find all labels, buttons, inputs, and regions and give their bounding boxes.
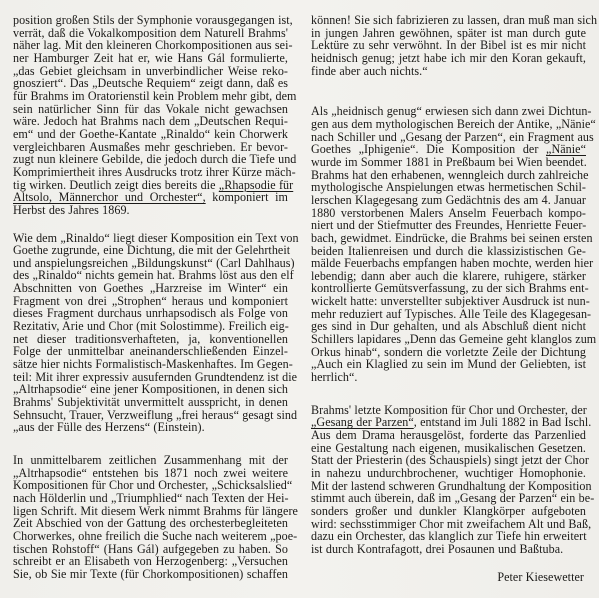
text-line: finde aber auch nichts.“ [311, 65, 586, 78]
text-line: Goethe zugrunde, eine Dichtung, die mit … [13, 244, 288, 257]
text-line: sonders großer und dunkler Klangkörper a… [311, 505, 586, 518]
right-column: können! Sie sich fabrizieren zu lassen, … [311, 14, 586, 583]
text-line: nach Hölderlin und „Triumphlied“ nach Te… [13, 492, 288, 505]
paragraph-gap [13, 434, 288, 454]
text-line: können! Sie sich fabrizieren zu lassen, … [311, 14, 586, 27]
paragraph-symphony-vocal: position großen Stils der Symphonie vora… [13, 14, 288, 217]
text-line: wäre. Jedoch hat Brahms nach dem „Deutsc… [13, 115, 288, 128]
text-line: wickelt hatte: unverstellter subjektiver… [311, 295, 586, 308]
text-line: für Brahms im Oratorienstil kein Problem… [13, 90, 288, 103]
text-line: em“ und der Goethe-Kantate „Rinaldo“ kei… [13, 128, 288, 141]
paragraph-letter-quote: können! Sie sich fabrizieren zu lassen, … [311, 14, 586, 77]
left-column: position großen Stils der Symphonie vora… [13, 14, 288, 581]
text-line: schreibt er an Elisabeth von Herzogenber… [13, 555, 288, 568]
text-line: zugt nun kleinere Gebilde, die jedoch du… [13, 153, 288, 166]
text-line: Aus dem Drama herausgelöst, forderte das… [311, 429, 586, 442]
text-fragment: komponiert im [206, 190, 288, 204]
text-line: Brahms' Subjektivität unvermittelt aussp… [13, 396, 288, 409]
text-line: bach, gewidmet. Eindrücke, die Brahms be… [311, 232, 586, 245]
text-line: „aus der Fülle des Herzens“ (Einstein). [13, 421, 288, 434]
text-line: niert und der Stiefmutter des Freundes, … [311, 219, 586, 232]
text-line: mälde Feuerbachs empfangen haben mochte,… [311, 257, 586, 270]
text-line: Rezitativ, Arie und Chor (mit Solostimme… [13, 320, 288, 333]
text-line: Herbst des Jahres 1869. [13, 204, 288, 217]
text-line: in nahezu undurchbrochener, wuchtiger Ho… [311, 467, 586, 480]
text-line: position großen Stils der Symphonie vora… [13, 14, 288, 27]
text-line: wurde im Sommer 1881 in Preßbaum bei Wie… [311, 156, 586, 169]
text-line: gen aus dem mythologischen Bereich der A… [311, 118, 586, 131]
paragraph-gap [311, 384, 586, 404]
paragraph-schicksalslied: In unmittelbarem zeitlichen Zusammenhang… [13, 454, 288, 581]
text-line: lerschen Klagegesang zum Gedächtnis des … [311, 194, 586, 207]
paragraph-gesang-der-parzen: Brahms' letzte Komposition für Chor und … [311, 404, 586, 556]
text-line: mythologische Anspielungen etwas hermeti… [311, 181, 586, 194]
paragraph-gap [311, 77, 586, 105]
text-line: Altsolo, Männerchor und Orchester“, komp… [13, 191, 288, 204]
paragraph-naenie: Als „heidnisch genug“ erwiesen sich dann… [311, 105, 586, 383]
text-line: herrlich“. [311, 371, 586, 384]
text-line: sätze hier nichts Formalistisch-Maskenha… [13, 358, 288, 371]
document-page: position großen Stils der Symphonie vora… [0, 0, 599, 598]
text-line: ist durch Kontrafagott, drei Posaunen un… [311, 543, 586, 556]
text-line: Goethes „Iphigenie“. Die Komposition der… [311, 143, 586, 156]
paragraph-altrhapsodie: Wie dem „Rinaldo“ liegt dieser Kompositi… [13, 232, 288, 435]
author-signature: Peter Kiesewetter [311, 571, 586, 584]
text-line: heidnisch genug; jetzt habe ich mir den … [311, 52, 586, 65]
text-line: Schillers lapidares „Denn das Gemeine ge… [311, 333, 586, 346]
text-line: ner Hamburger Zeit hat er, wie Hans Gál … [13, 52, 288, 65]
text-line: Abschnitten von Goethes „Harzreise im Wi… [13, 282, 288, 295]
text-line: Sie, ob Sie mir Texte (für Chorkompositi… [13, 568, 288, 581]
text-line: Chorwerkes, ohne freilich die Suche nach… [13, 530, 288, 543]
paragraph-gap [13, 217, 288, 232]
text-line: In unmittelbarem zeitlichen Zusammenhang… [13, 454, 288, 467]
